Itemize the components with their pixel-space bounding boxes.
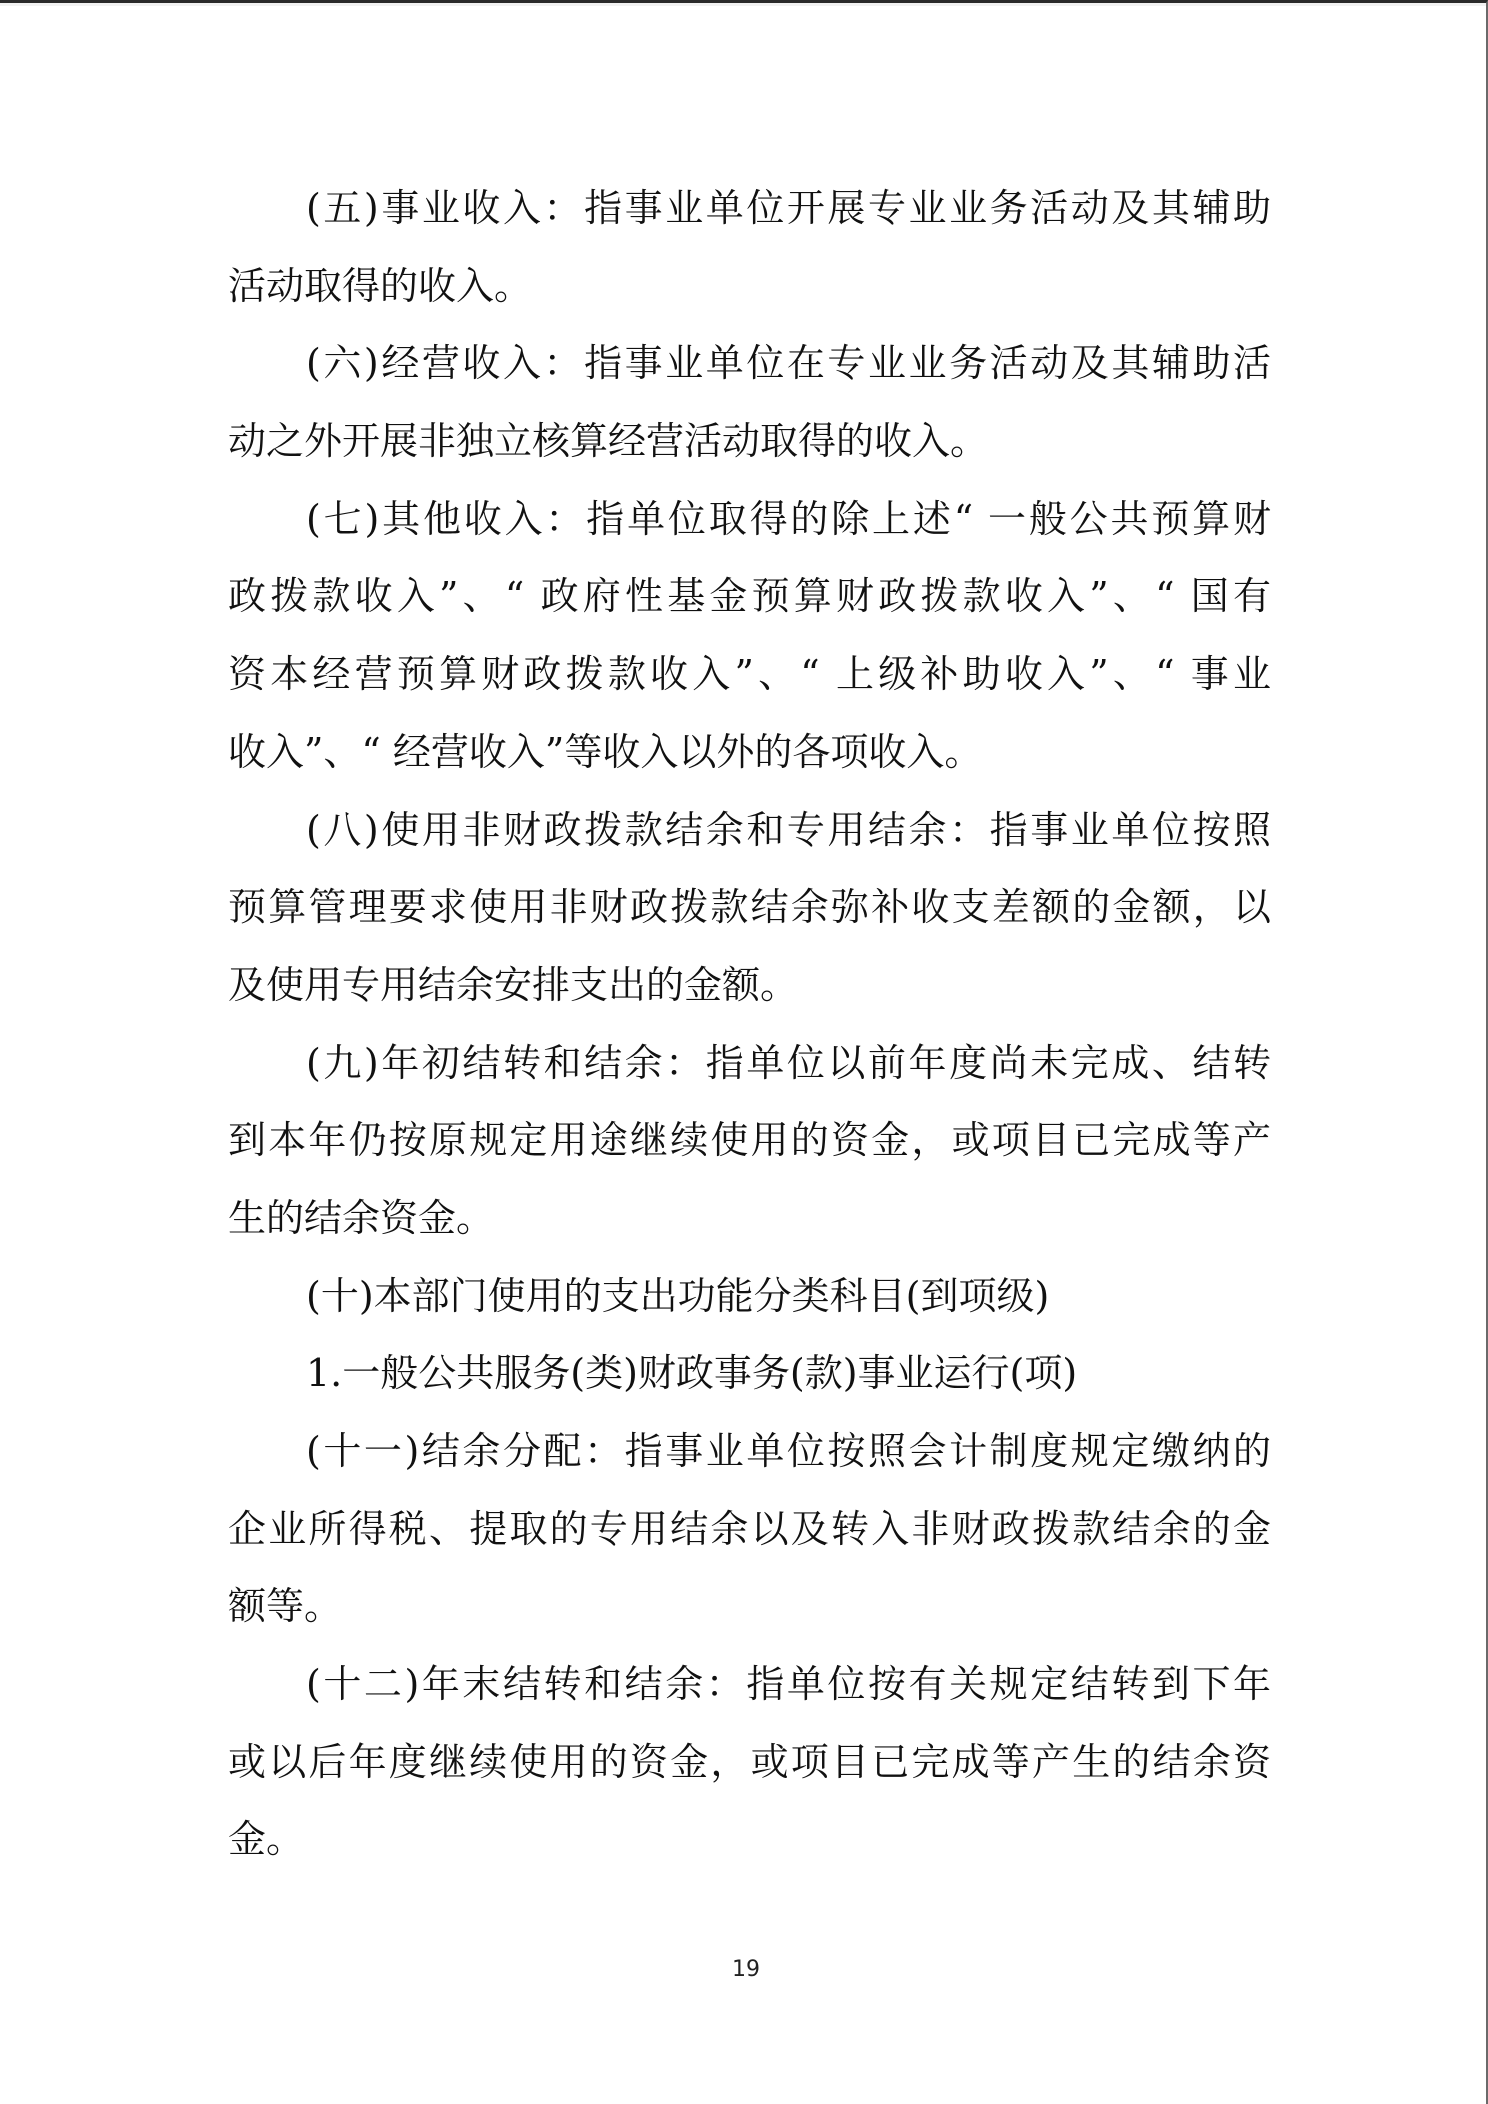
- text-line: 预算管理要求使用非财政拨款结余弥补收支差额的金额，以: [228, 869, 1271, 947]
- text-line: (八)使用非财政拨款结余和专用结余：指事业单位按照: [228, 792, 1271, 870]
- document-page: (五)事业收入：指事业单位开展专业业务活动及其辅助 活动取得的收入。 (六)经营…: [0, 0, 1488, 2104]
- paragraph-year-end-carryover: (十二)年末结转和结余：指单位按有关规定结转到下年 或以后年度继续使用的资金，或…: [228, 1646, 1271, 1879]
- text-line: 额等。: [228, 1568, 1271, 1646]
- text-line: 及使用专用结余安排支出的金额。: [228, 947, 1271, 1025]
- text-line: (十一)结余分配：指事业单位按照会计制度规定缴纳的: [228, 1413, 1271, 1491]
- page-number: 19: [0, 1955, 1488, 1985]
- text-line: (十)本部门使用的支出功能分类科目(到项级): [228, 1258, 1271, 1336]
- text-line: 生的结余资金。: [228, 1180, 1271, 1258]
- text-line: (五)事业收入：指事业单位开展专业业务活动及其辅助: [228, 170, 1271, 248]
- text-line: (六)经营收入：指事业单位在专业业务活动及其辅助活: [228, 325, 1271, 403]
- body-text: (五)事业收入：指事业单位开展专业业务活动及其辅助 活动取得的收入。 (六)经营…: [228, 170, 1271, 1879]
- text-line: (十二)年末结转和结余：指单位按有关规定结转到下年: [228, 1646, 1271, 1724]
- text-line: 政拨款收入”、“ 政府性基金预算财政拨款收入”、“ 国有: [228, 558, 1271, 636]
- paragraph-expenditure-classification: (十)本部门使用的支出功能分类科目(到项级): [228, 1258, 1271, 1336]
- text-line: (七)其他收入：指单位取得的除上述“ 一般公共预算财: [228, 481, 1271, 559]
- text-line: 金。: [228, 1801, 1271, 1879]
- paragraph-opening-carryover: (九)年初结转和结余：指单位以前年度尚未完成、结转 到本年仍按原规定用途继续使用…: [228, 1025, 1271, 1258]
- text-line: 资本经营预算财政拨款收入”、“ 上级补助收入”、“ 事业: [228, 636, 1271, 714]
- paragraph-use-of-balances: (八)使用非财政拨款结余和专用结余：指事业单位按照 预算管理要求使用非财政拨款结…: [228, 792, 1271, 1025]
- text-line: 活动取得的收入。: [228, 248, 1271, 326]
- paragraph-operating-income: (六)经营收入：指事业单位在专业业务活动及其辅助活 动之外开展非独立核算经营活动…: [228, 325, 1271, 480]
- text-line: (九)年初结转和结余：指单位以前年度尚未完成、结转: [228, 1025, 1271, 1103]
- text-line: 企业所得税、提取的专用结余以及转入非财政拨款结余的金: [228, 1491, 1271, 1569]
- text-line: 动之外开展非独立核算经营活动取得的收入。: [228, 403, 1271, 481]
- text-line: 收入”、“ 经营收入”等收入以外的各项收入。: [228, 714, 1271, 792]
- text-line: 1.一般公共服务(类)财政事务(款)事业运行(项): [228, 1335, 1271, 1413]
- text-line: 或以后年度继续使用的资金，或项目已完成等产生的结余资: [228, 1724, 1271, 1802]
- paragraph-balance-distribution: (十一)结余分配：指事业单位按照会计制度规定缴纳的 企业所得税、提取的专用结余以…: [228, 1413, 1271, 1646]
- text-line: 到本年仍按原规定用途继续使用的资金，或项目已完成等产: [228, 1102, 1271, 1180]
- paragraph-other-income: (七)其他收入：指单位取得的除上述“ 一般公共预算财 政拨款收入”、“ 政府性基…: [228, 481, 1271, 792]
- list-item-classification-1: 1.一般公共服务(类)财政事务(款)事业运行(项): [228, 1335, 1271, 1413]
- paragraph-business-income: (五)事业收入：指事业单位开展专业业务活动及其辅助 活动取得的收入。: [228, 170, 1271, 325]
